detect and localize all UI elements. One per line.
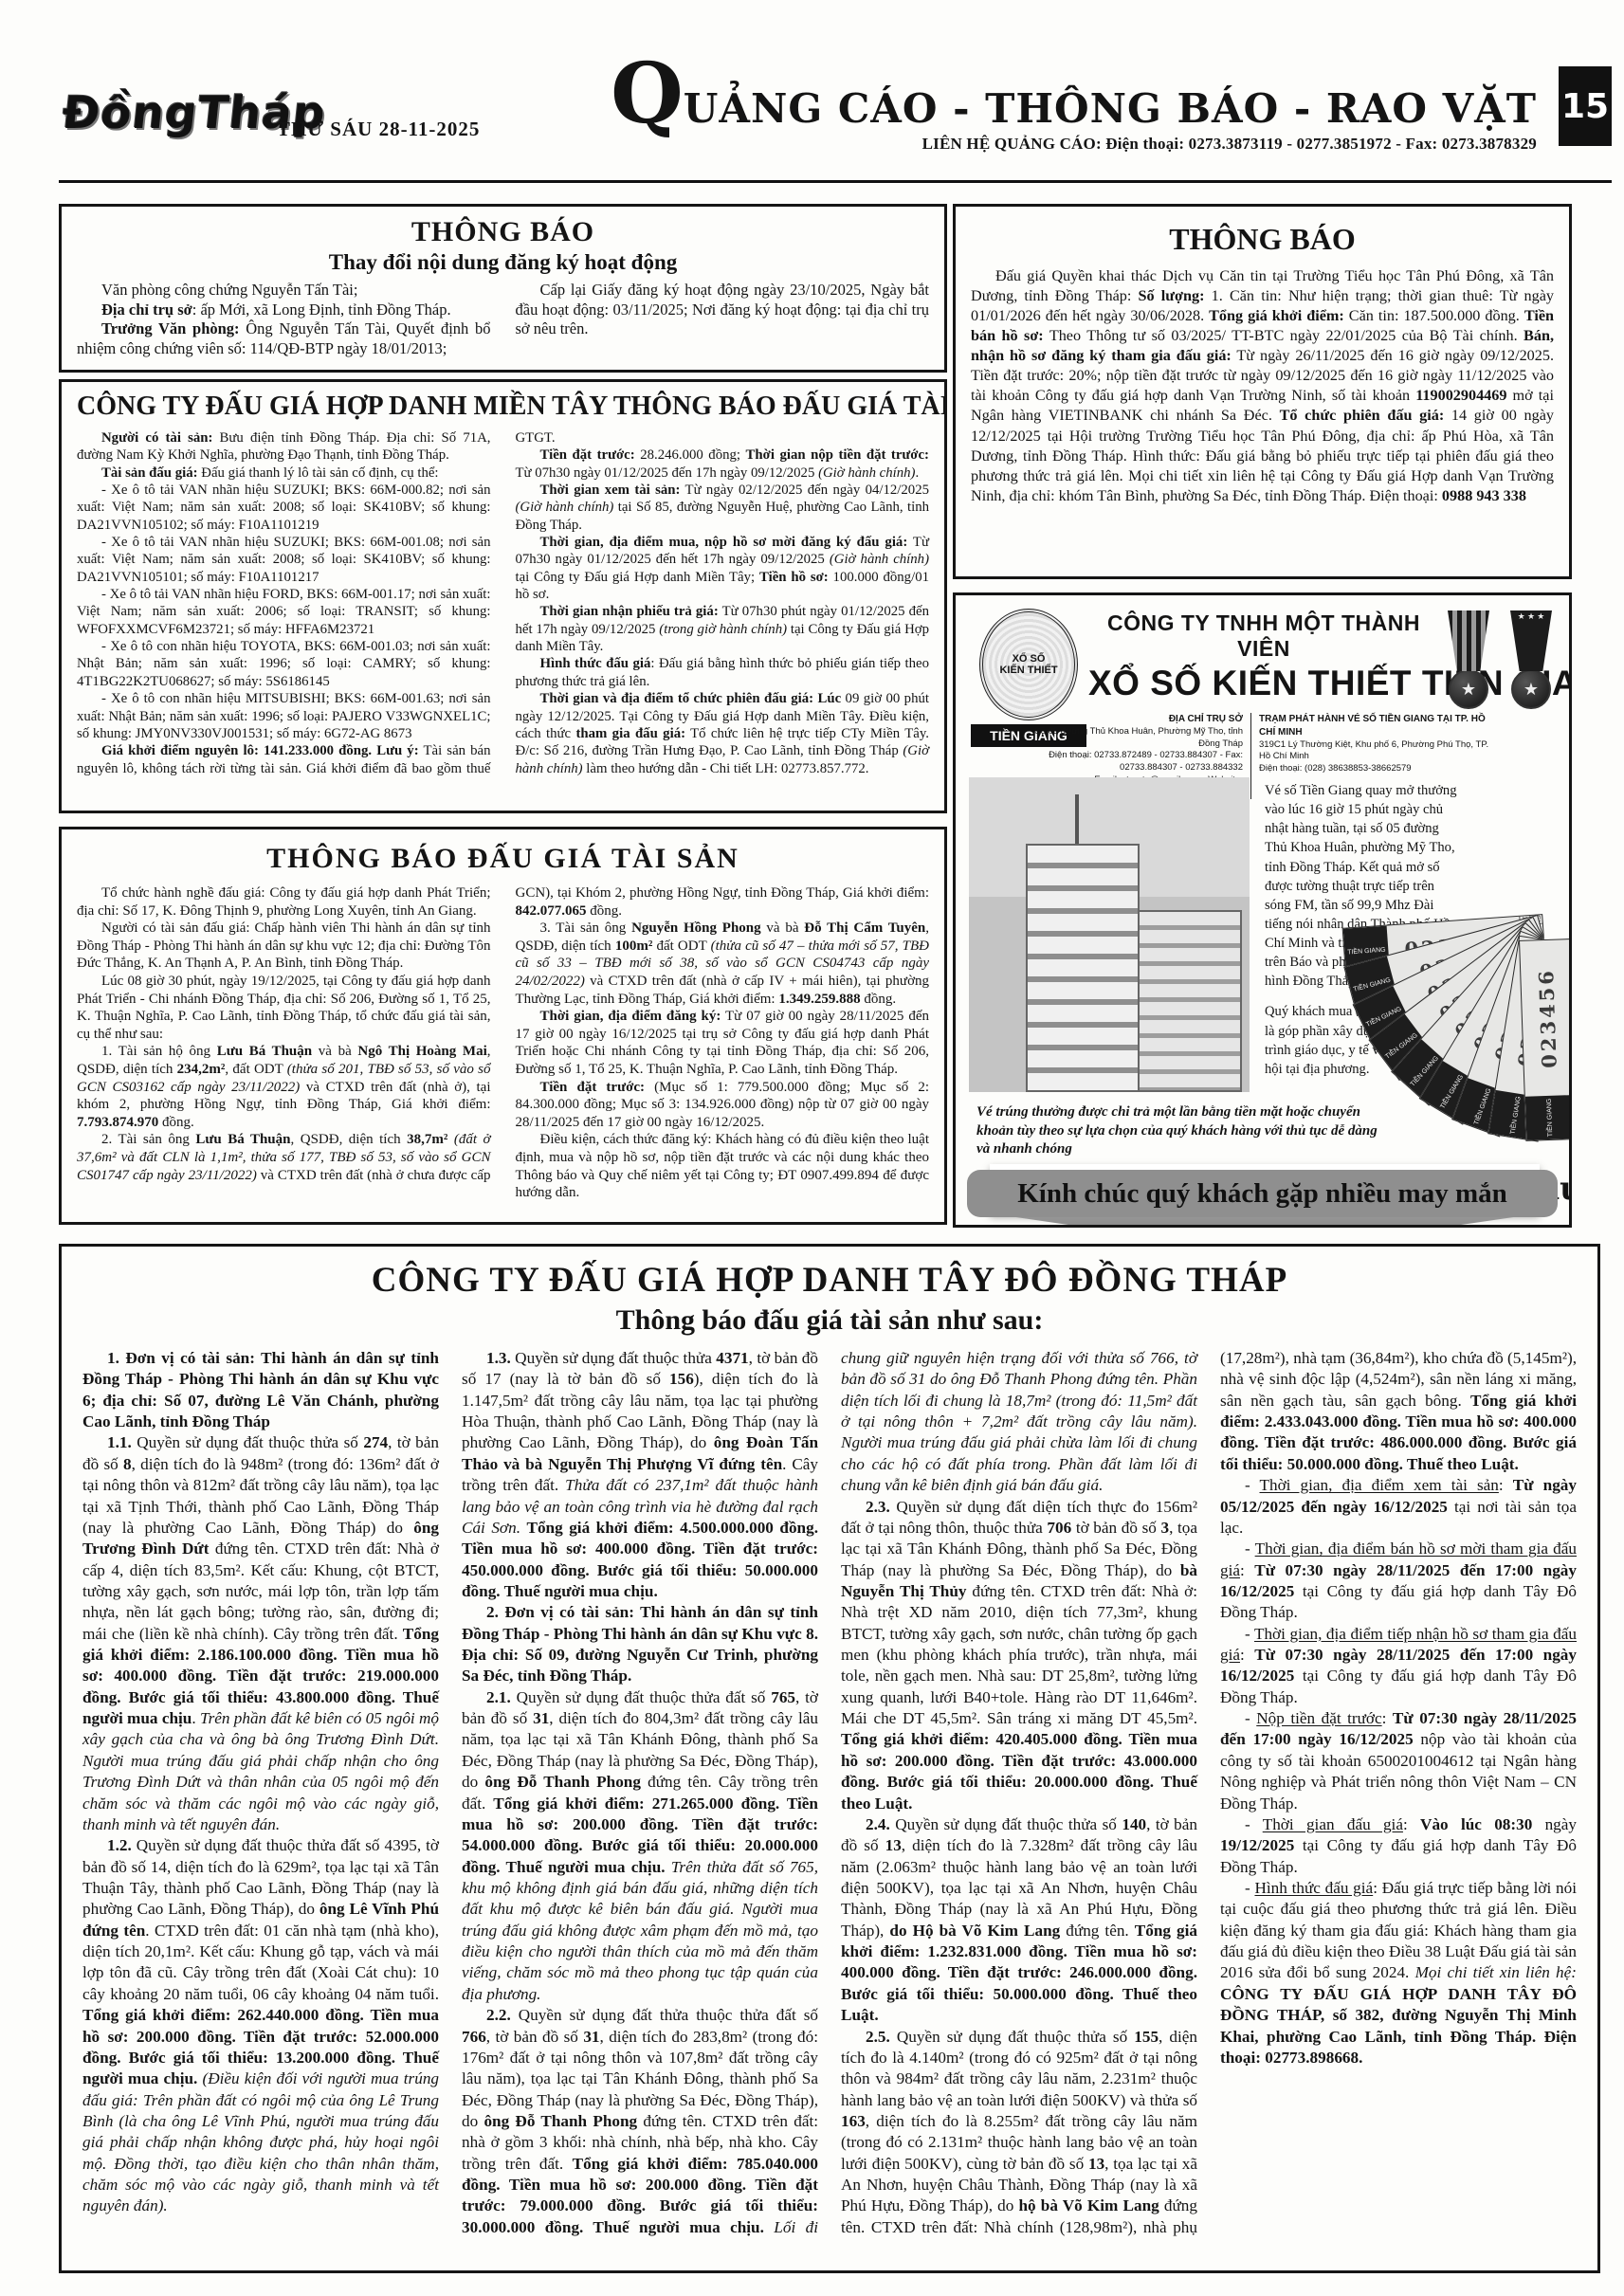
paragraph: Cấp lại Giấy đăng ký hoạt động ngày 23/1… bbox=[516, 281, 930, 339]
tay-do-box: CÔNG TY ĐẤU GIÁ HỢP DANH TÂY ĐÔ ĐỒNG THÁ… bbox=[59, 1244, 1600, 2273]
page-number: 15 bbox=[1559, 66, 1612, 146]
paragraph: Hình thức đấu giá: Đấu giá bằng hình thứ… bbox=[516, 655, 930, 690]
paragraph: Lúc 08 giờ 30 phút, ngày 19/12/2025, tại… bbox=[77, 973, 491, 1043]
lottery-ad-box: XỔ SỐ KIẾN THIẾT TIỀN GIANG CÔNG TY TNHH… bbox=[953, 592, 1572, 1228]
paragraph: 2.1. Quyền sử dụng đất thuộc thửa đất số… bbox=[462, 1687, 818, 2005]
paragraph: - Xe ô tô tải VAN nhãn hiệu FORD, BKS: 6… bbox=[77, 586, 491, 638]
header-divider bbox=[59, 180, 1612, 183]
lottery-company-line1: CÔNG TY TNHH MỘT THÀNH VIÊN bbox=[1088, 610, 1439, 662]
paragraph: 1. Đơn vị có tài sản: Thi hành án dân sự… bbox=[82, 1348, 439, 1432]
branch-label: TRẠM PHÁT HÀNH VÉ SỐ TIỀN GIANG TẠI TP. … bbox=[1259, 714, 1486, 738]
paragraph: Điều kiện, cách thức đăng ký: Khách hàng… bbox=[516, 1131, 930, 1201]
paragraph: Thời gian, địa điểm mua, nộp hồ sơ mời đ… bbox=[516, 534, 930, 603]
paragraph: 1. Tài sản hộ ông Lưu Bá Thuận và bà Ngô… bbox=[77, 1043, 491, 1131]
phat-trien-title: THÔNG BÁO ĐẤU GIÁ TÀI SẢN bbox=[77, 843, 929, 875]
medal-icon: ★ ★ ★★ bbox=[1506, 610, 1556, 762]
paragraph: Người có tài sản đấu giá: Chấp hành viên… bbox=[77, 920, 491, 973]
paragraph: Đấu giá Quyền khai thác Dịch vụ Căn tin … bbox=[971, 266, 1554, 506]
paragraph: Văn phòng công chứng Nguyễn Tấn Tài; bbox=[77, 281, 491, 301]
paragraph: Thời gian nhận phiếu trả giá: Từ 07h30 p… bbox=[516, 603, 930, 655]
paragraph: 2.3. Quyền sử dụng đất diện tích thực đo… bbox=[841, 1497, 1197, 1814]
paragraph: - Xe ô tô tải VAN nhãn hiệu SUZUKI; BKS:… bbox=[77, 534, 491, 586]
canteen-notice-box: THÔNG BÁO Đấu giá Quyền khai thác Dịch v… bbox=[953, 204, 1572, 579]
canteen-notice-body: Đấu giá Quyền khai thác Dịch vụ Căn tin … bbox=[971, 266, 1554, 506]
branch-address: 319C1 Lý Thường Kiệt, Khu phố 6, Phường … bbox=[1259, 739, 1488, 762]
paragraph: - Thời gian đấu giá: Vào lúc 08:30 ngày … bbox=[1220, 1814, 1577, 1878]
banner-initial: Q bbox=[611, 55, 684, 131]
notice-change-box: THÔNG BÁO Thay đổi nội dung đăng ký hoạt… bbox=[59, 204, 947, 373]
paragraph: - Nộp tiền đặt trước: Từ 07:30 ngày 28/1… bbox=[1220, 1708, 1577, 1814]
paragraph: - Thời gian, địa điểm bán hồ sơ mời tham… bbox=[1220, 1539, 1577, 1623]
notice-change-title: THÔNG BÁO bbox=[77, 216, 929, 248]
canteen-notice-title: THÔNG BÁO bbox=[971, 222, 1554, 257]
mien-tay-title: CÔNG TY ĐẤU GIÁ HỢP DANH MIỀN TÂY THÔNG … bbox=[77, 392, 929, 422]
paragraph: - Xe ô tô con nhãn hiệu TOYOTA, BKS: 66M… bbox=[77, 638, 491, 690]
mien-tay-body: Người có tài sản: Bưu điện tỉnh Đồng Thá… bbox=[77, 429, 929, 790]
hq-address: Số 05 đường Thủ Khoa Huân, Phường Mỹ Tho… bbox=[1034, 726, 1243, 749]
hq-phone: Điện thoại: 02733.872489 - 02733.884307 … bbox=[1049, 750, 1243, 773]
paragraph: Trưởng Văn phòng: Ông Nguyễn Tấn Tài, Qu… bbox=[77, 319, 491, 358]
masthead: ĐồngTháp THỨ SÁU 28-11-2025 QUẢNG CÁO - … bbox=[0, 55, 1624, 178]
paragraph: - Thời gian, địa điểm tiếp nhận hồ sơ th… bbox=[1220, 1624, 1577, 1708]
lottery-wish-bar: Kính chúc quý khách gặp nhiều may mắn bbox=[967, 1170, 1558, 1217]
paragraph: 1.3. Quyền sử dụng đất thuộc thửa 4371, … bbox=[462, 1348, 818, 1602]
paragraph: 2. Đơn vị có tài sản: Thi hành án dân sự… bbox=[462, 1602, 818, 1686]
paragraph: Người có tài sản: Bưu điện tỉnh Đồng Thá… bbox=[77, 429, 491, 465]
paragraph: Thời gian và địa điểm tổ chức phiên đấu … bbox=[516, 690, 930, 777]
office-building-photo bbox=[969, 777, 1250, 1092]
paragraph: - Hình thức đấu giá: Đấu giá trực tiếp b… bbox=[1220, 1878, 1577, 2068]
mien-tay-box: CÔNG TY ĐẤU GIÁ HỢP DANH MIỀN TÂY THÔNG … bbox=[59, 379, 947, 813]
paragraph: - Xe ô tô tải VAN nhãn hiệu SUZUKI; BKS:… bbox=[77, 482, 491, 534]
notice-change-body: Văn phòng công chứng Nguyễn Tấn Tài;Địa … bbox=[77, 281, 929, 372]
notice-change-subtitle: Thay đổi nội dung đăng ký hoạt động bbox=[77, 250, 929, 275]
tay-do-body: 1. Đơn vị có tài sản: Thi hành án dân sự… bbox=[82, 1348, 1577, 2258]
paragraph: Tổ chức hành nghề đấu giá: Công ty đấu g… bbox=[77, 884, 491, 920]
paragraph: 2.4. Quyền sử dụng đất thuộc thửa số 140… bbox=[841, 1814, 1197, 2027]
section-banner: QUẢNG CÁO - THÔNG BÁO - RAO VẶT bbox=[611, 55, 1537, 132]
tay-do-subtitle: Thông báo đấu giá tài sản như sau: bbox=[82, 1304, 1577, 1337]
newspaper-page: { "header": { "logo_text": "ĐồngTháp", "… bbox=[0, 0, 1624, 2296]
lottery-ticket: TIỀN GIANG023456 bbox=[1519, 938, 1572, 1141]
issue-date: THỨ SÁU 28-11-2025 bbox=[277, 118, 480, 141]
lottery-tickets-image: TIỀN GIANG023456GIẢI ĐẶC BIỆT: 2.000.000… bbox=[1283, 772, 1567, 1102]
phat-trien-box: THÔNG BÁO ĐẤU GIÁ TÀI SẢN Tổ chức hành n… bbox=[59, 827, 947, 1225]
lottery-company-line2: XỔ SỐ KIẾN THIẾT TIỀN GIANG bbox=[1088, 664, 1439, 703]
paragraph: - Thời gian, địa điểm xem tài sản: Từ ng… bbox=[1220, 1475, 1577, 1539]
phat-trien-body: Tổ chức hành nghề đấu giá: Công ty đấu g… bbox=[77, 884, 929, 1207]
hq-label: ĐỊA CHỈ TRỤ SỞ bbox=[1169, 714, 1243, 724]
lottery-logo-oval: XỔ SỐ KIẾN THIẾT bbox=[979, 609, 1078, 720]
lottery-logo-mid: KIẾN THIẾT bbox=[999, 665, 1057, 676]
paragraph: Thời gian, địa điểm đăng ký: Từ 07 giờ 0… bbox=[516, 1008, 930, 1078]
paragraph: - Xe ô tô con nhãn hiệu MITSUBISHI; BKS:… bbox=[77, 690, 491, 742]
paragraph: Tiền đặt trước: (Mục số 1: 779.500.000 đ… bbox=[516, 1079, 930, 1132]
tay-do-title: CÔNG TY ĐẤU GIÁ HỢP DANH TÂY ĐÔ ĐỒNG THÁ… bbox=[82, 1260, 1577, 1301]
paragraph: Tiền đặt trước: 28.246.000 đồng; Thời gi… bbox=[516, 446, 930, 482]
lottery-logo-top: XỔ SỐ bbox=[1013, 653, 1046, 665]
paragraph: Tài sản đấu giá: Đấu giá thanh lý lô tài… bbox=[77, 465, 491, 482]
banner-text: UẢNG CÁO - THÔNG BÁO - RAO VẶT bbox=[684, 85, 1537, 132]
paragraph: 1.1. Quyền sử dụng đất thuộc thửa số 274… bbox=[82, 1432, 439, 1835]
paragraph: Địa chỉ trụ sở: ấp Mới, xã Long Định, tỉ… bbox=[77, 301, 491, 320]
lottery-payment-note: Vé trúng thưởng được chi trả một lần bằn… bbox=[976, 1103, 1394, 1159]
lottery-company: CÔNG TY TNHH MỘT THÀNH VIÊN XỔ SỐ KIẾN T… bbox=[1088, 610, 1439, 703]
paragraph: Thời gian xem tài sản: Từ ngày 02/12/202… bbox=[516, 482, 930, 534]
paragraph: 1.2. Quyền sử dụng đất thuộc thửa đất số… bbox=[82, 1835, 439, 2216]
advertising-contact: LIÊN HỆ QUẢNG CÁO: Điện thoại: 0273.3873… bbox=[922, 135, 1537, 154]
paragraph: 3. Tài sản ông Nguyễn Hồng Phong và bà Đ… bbox=[516, 920, 930, 1008]
